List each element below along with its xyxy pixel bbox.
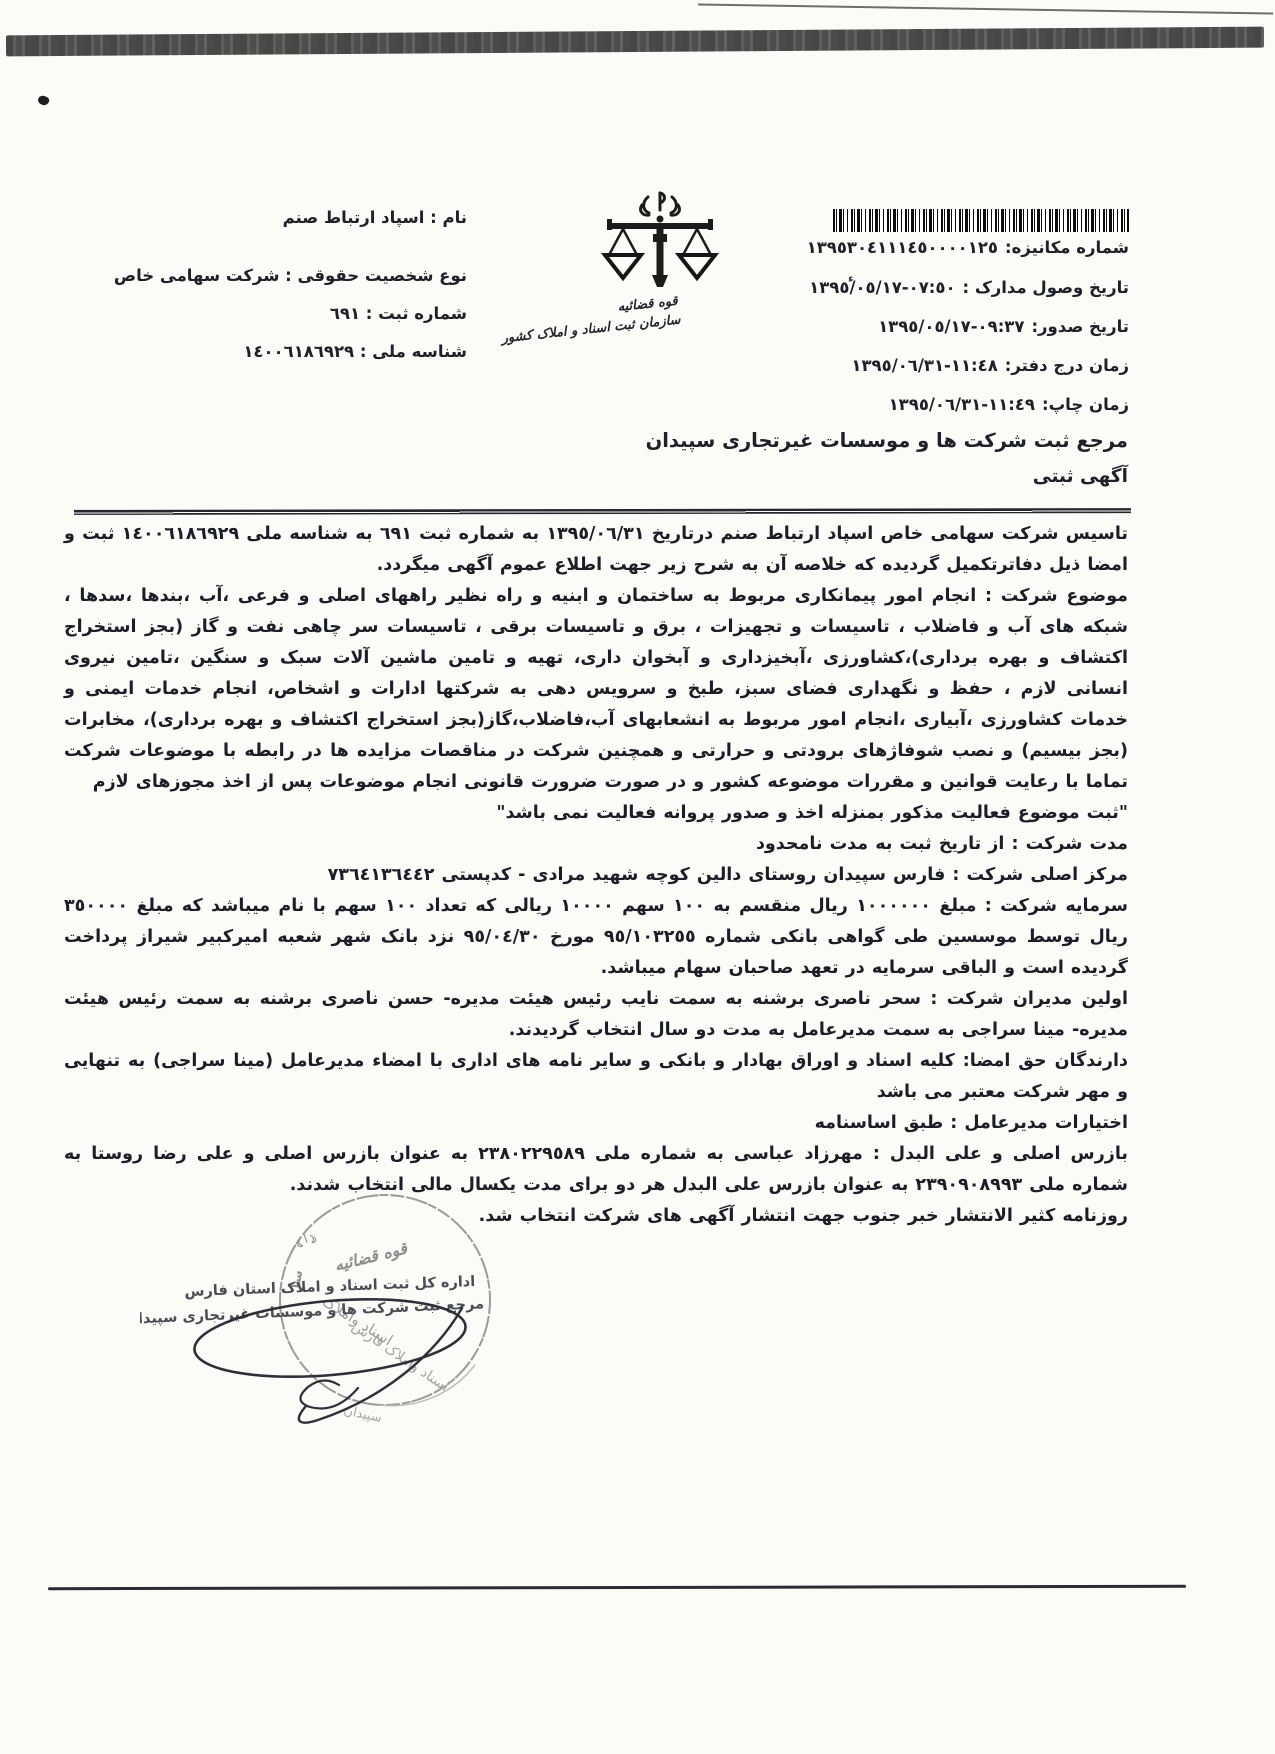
footer-line: [48, 1585, 1186, 1590]
meta-label: زمان چاپ:: [1042, 395, 1129, 414]
beam-knob: [657, 216, 664, 223]
stamp-inner-diagonal-2: اسناد واملاک فارس: [349, 1318, 452, 1395]
registry-authority-title: مرجع ثبت شرکت ها و موسسات غیرتجاری سپیدا…: [646, 429, 1128, 452]
meta-label: تاریخ وصول مدارک :: [963, 278, 1129, 297]
barcode: [833, 209, 1129, 232]
meta-value: ١٣٩٥٣٠٤١١١٤٥٠٠٠٠١٢٥: [807, 238, 998, 257]
para-duration: مدت شرکت : از تاریخ ثبت به مدت نامحدود: [64, 829, 1128, 860]
stamp-inner-bottom: سپیدان: [342, 1403, 383, 1426]
document-page: ء شماره مکانیزه:١٣٩٥٣٠٤١١١٤٥٠٠٠٠١٢٥ تاری…: [0, 0, 1275, 1754]
meta-value: ١١:٤٨-١٣٩٥/٠٦/٣١: [851, 356, 997, 375]
meta-company-name: نام : اسپاد ارتباط صنم: [283, 208, 467, 227]
meta-value: ٠٩:٣٧-١٣٩٥/٠٥/١٧: [878, 317, 1024, 336]
left-pan: [605, 255, 641, 278]
meta-value: ١١:٤٩-١٣٩٥/٠٦/٣١: [889, 395, 1035, 414]
para-establishment: تاسیس شرکت سهامی خاص اسپاد ارتباط صنم در…: [64, 519, 1128, 581]
meta-label: تاریخ صدور:: [1031, 317, 1129, 336]
meta-row-ledger-entry-time: زمان درج دفتر:١١:٤٨-١٣٩٥/٠٦/٣١: [851, 356, 1129, 375]
meta-value: ٠٧:٥٠-١٣٩٥/٠٥/١٧: [809, 278, 955, 297]
meta-legal-type: نوع شخصیت حقوقی : شرکت سهامی خاص: [114, 266, 467, 285]
para-signatories: دارندگان حق امضا: کلیه اسناد و اوراق بها…: [64, 1046, 1128, 1108]
scan-artifact-top-band: [6, 27, 1264, 57]
meta-row-received-date: تاریخ وصول مدارک :٠٧:٥٠-١٣٩٥/٠٥/١٧: [809, 278, 1129, 297]
official-registry-stamp: قوه قضائیه سازمان ثبت اسناد و املاک اسنا…: [140, 1150, 560, 1480]
meta-row-print-time: زمان چاپ:١١:٤٩-١٣٩٥/٠٦/٣١: [889, 395, 1129, 414]
stamp-curved-text: سازمان ثبت اسناد و املاک: [140, 1150, 306, 1289]
notice-body: تاسیس شرکت سهامی خاص اسپاد ارتباط صنم در…: [64, 519, 1128, 1232]
header-divider: [74, 508, 1131, 515]
scales-of-justice-icon: [601, 189, 719, 303]
para-ceo-powers: اختیارات مدیرعامل : طبق اساسنامه: [64, 1108, 1128, 1139]
meta-registration-number: شماره ثبت : ٦٩١: [330, 304, 467, 323]
para-capital: سرمایه شرکت : مبلغ ١٠٠٠٠٠٠ ریال منقسم به…: [64, 891, 1128, 984]
scan-artifact-diagonal-line: [698, 3, 1273, 14]
scan-artifact-dot: [37, 94, 50, 106]
right-pan: [679, 255, 715, 278]
para-head-office: مرکز اصلی شرکت : فارس سپیدان روستای دالی…: [64, 860, 1128, 891]
notice-type-title: آگهی ثبتی: [1033, 466, 1128, 487]
meta-label: زمان درج دفتر:: [1005, 356, 1129, 375]
meta-row-mechanized-number: شماره مکانیزه:١٣٩٥٣٠٤١١١٤٥٠٠٠٠١٢٥: [807, 238, 1129, 257]
stamp-office-line2: مرجع ثبت شرکت ها و موسسات غیرتجاری سپیدا…: [140, 1296, 484, 1328]
para-directors: اولین مدیران شرکت : سحر ناصری برشنه به س…: [64, 984, 1128, 1046]
para-subject: موضوع شرکت : انجام امور پیمانکاری مربوط …: [64, 581, 1128, 798]
stamp-script-text: قوه قضائیه: [332, 1238, 410, 1276]
para-activity-disclaimer: "ثبت موضوع فعالیت مذکور بمنزله اخذ و صدو…: [64, 798, 1128, 829]
meta-national-id: شناسه ملی : ١٤٠٠٦١٨٦٩٢٩: [243, 342, 467, 361]
judiciary-caption: قوه قضائیه سازمان ثبت اسناد و املاک کشور: [461, 288, 720, 353]
allah-emblem-icon: [641, 193, 680, 215]
meta-row-issue-date: تاریخ صدور:٠٩:٣٧-١٣٩٥/٠٥/١٧: [878, 317, 1129, 336]
meta-label: شماره مکانیزه:: [1005, 238, 1129, 257]
